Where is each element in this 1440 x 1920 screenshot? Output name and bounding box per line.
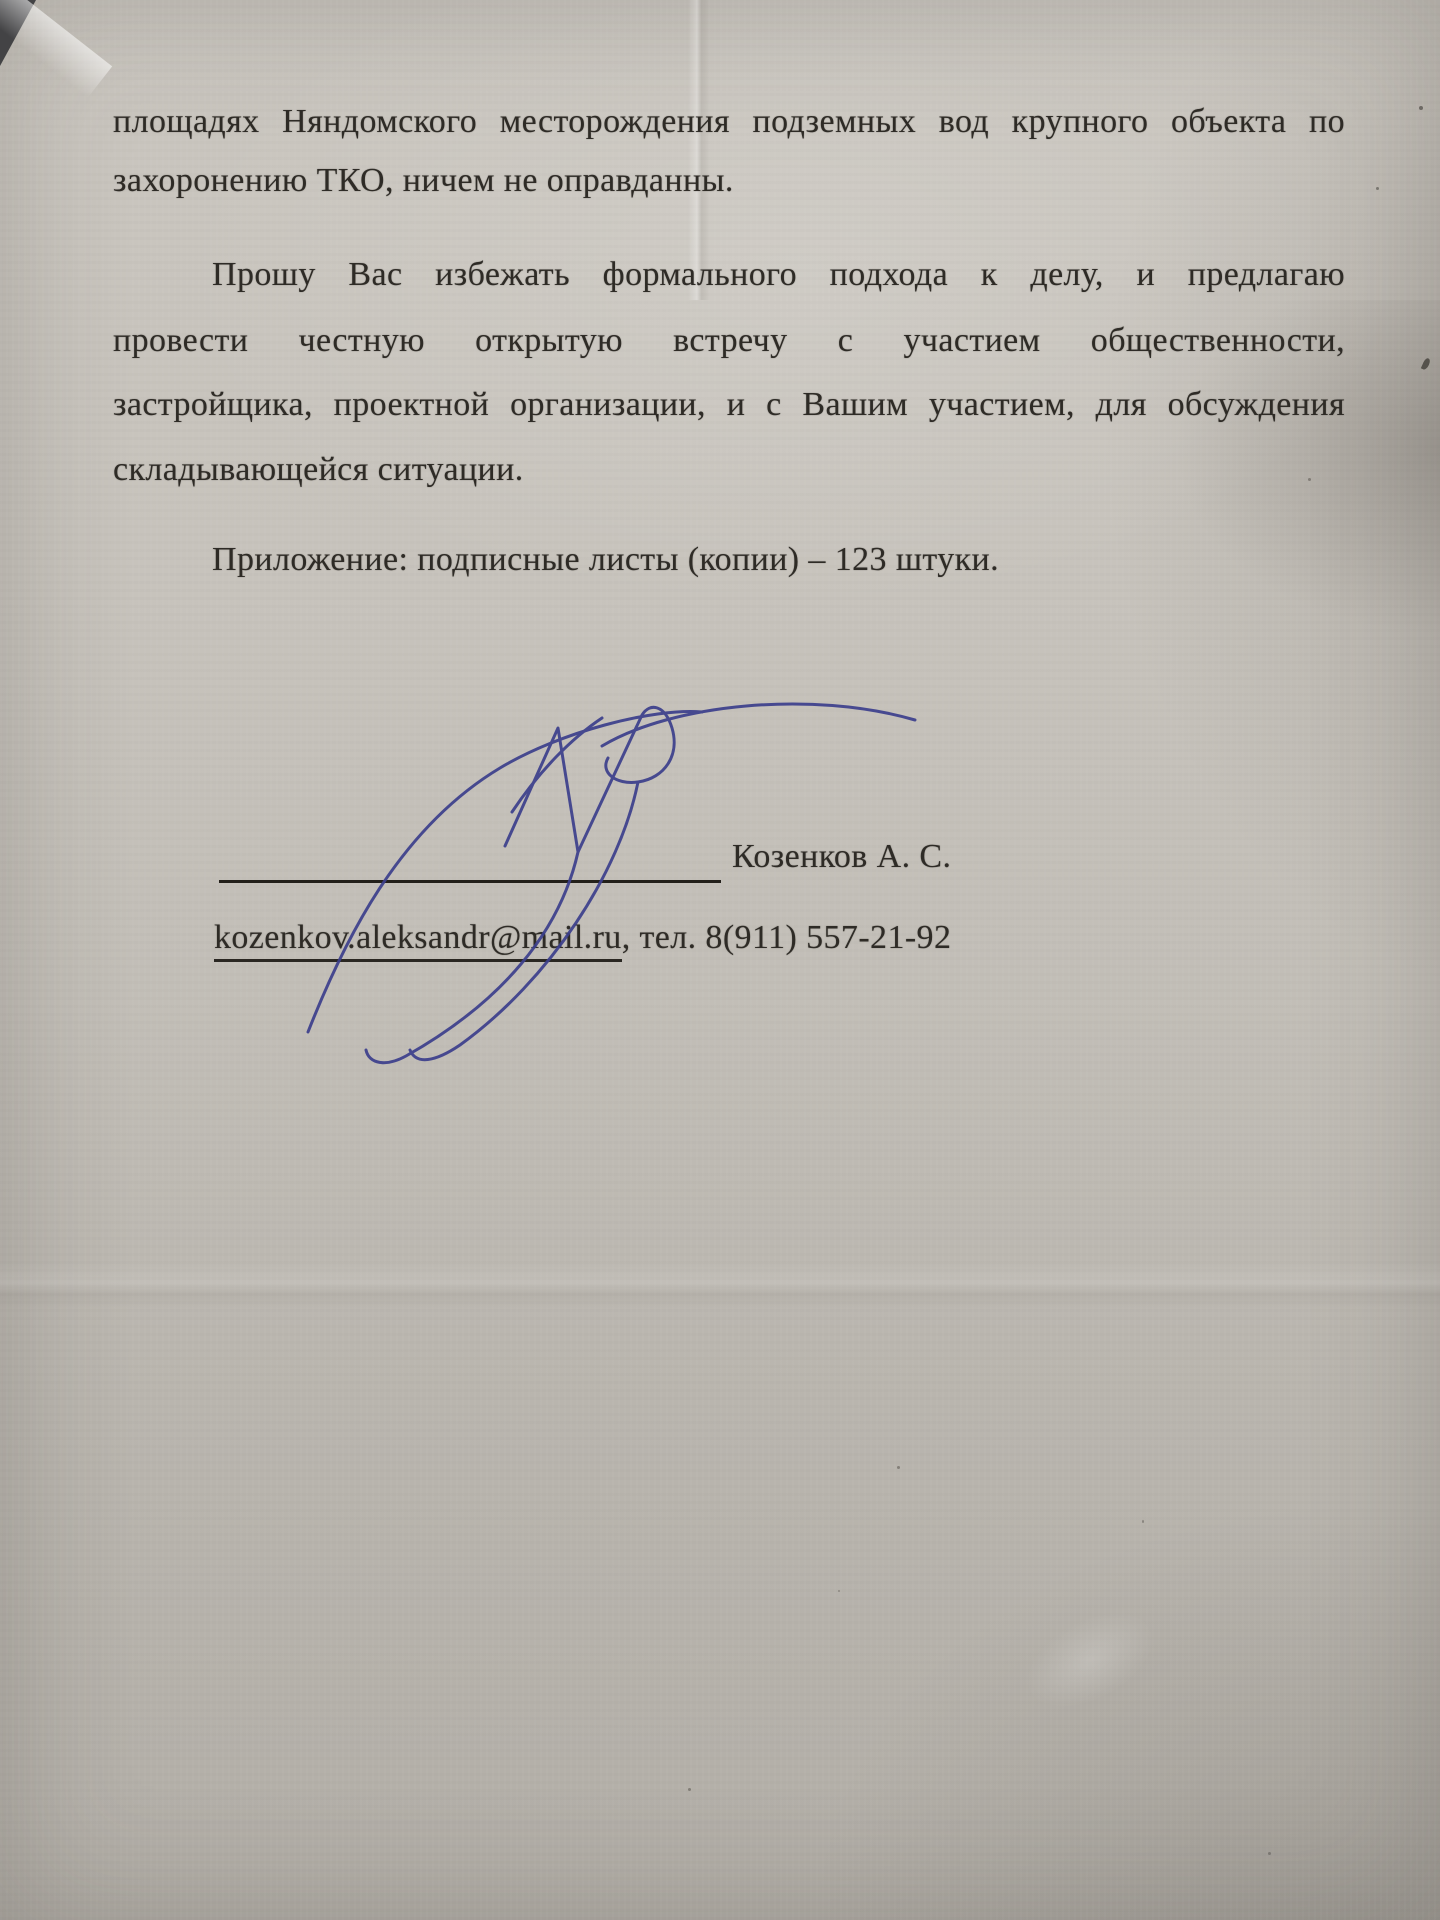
body-line-4: провести честную открытую встречу с учас… (113, 322, 1345, 360)
paper-crease-bottom (1009, 1592, 1170, 1728)
body-line-5: застройщика, проектной организации, и с … (113, 386, 1345, 424)
attachment-line: Приложение: подписные листы (копии) – 12… (212, 541, 999, 579)
paper-speck (1142, 1520, 1144, 1523)
paper-crease-horizontal (0, 1262, 1440, 1308)
paper-crease-vertical (688, 0, 710, 300)
handwritten-signature (250, 650, 970, 1120)
body-line-6: складывающейся ситуации. (113, 451, 524, 489)
signature-stroke-tail2 (366, 852, 578, 1063)
paper-speck (1419, 106, 1423, 110)
letter-page-photo: площадях Няндомского месторождения подзе… (0, 0, 1440, 1920)
paper-speck (688, 1788, 691, 1791)
paper-speck (838, 1590, 840, 1592)
body-line-1: площадях Няндомского месторождения подзе… (113, 103, 1345, 141)
body-line-2: захоронению ТКО, ничем не оправданны. (113, 162, 734, 200)
signature-stroke-arc (308, 712, 702, 1032)
paper-speck (1376, 187, 1379, 190)
paper-speck (1308, 478, 1311, 481)
signature-stroke-tail1 (410, 782, 638, 1060)
signature-stroke-flourish (602, 704, 915, 746)
body-line-3: Прошу Вас избежать формального подхода к… (212, 256, 1345, 294)
paper-speck (897, 1466, 900, 1469)
paper-speck (1268, 1852, 1271, 1855)
corner-light-streak (0, 0, 112, 98)
